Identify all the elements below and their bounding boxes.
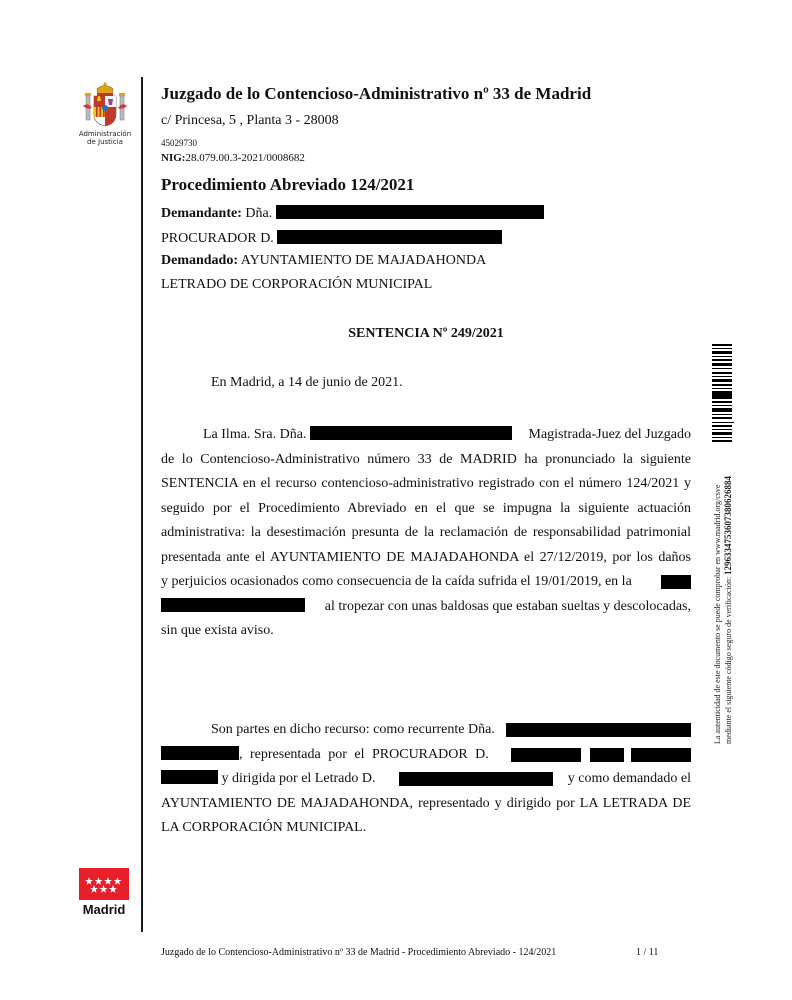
- page-number: 1 / 11: [636, 947, 658, 958]
- nig-value: 28.079.00.3-2021/0008682: [185, 152, 304, 164]
- redaction-plaintiff-name: [276, 205, 544, 219]
- page-footer: Juzgado de lo Contencioso-Administrativo…: [161, 947, 556, 958]
- administracion-de-justicia-logo: Administración de Justicia: [74, 80, 136, 152]
- paragraph-parties: Son partes en dicho recurso: como recurr…: [161, 718, 691, 841]
- plaintiff-line: Demandante: Dña.: [161, 205, 544, 222]
- verification-line1: La autenticidad de este documento se pue…: [712, 324, 723, 744]
- redaction-procurator2-part3: [631, 748, 691, 762]
- court-address: c/ Princesa, 5 , Planta 3 - 28008: [161, 113, 339, 129]
- redaction-procurator2-part4: [161, 770, 218, 784]
- para1-line: al tropezar con unas baldosas que estaba…: [161, 595, 691, 620]
- para2-line: LA CORPORACIÓN MUNICIPAL.: [161, 816, 691, 841]
- date-line: En Madrid, a 14 de junio de 2021.: [211, 375, 403, 391]
- para1-line: de lo Contencioso-Administrativo número …: [161, 448, 691, 473]
- madrid-logo-text: Madrid: [78, 902, 130, 918]
- para2-line: , representada por el PROCURADOR D.: [161, 743, 691, 768]
- defendant-counsel: LETRADO DE CORPORACIÓN MUNICIPAL: [161, 277, 432, 293]
- plaintiff-prefix: Dña.: [245, 206, 272, 221]
- sentence-title: SENTENCIA Nº 249/2021: [161, 326, 691, 342]
- logo-caption-line2: de Justicia: [74, 138, 136, 146]
- defendant-name: AYUNTAMIENTO DE MAJADAHONDA: [241, 253, 486, 268]
- para1-line: y perjuicios ocasionados como consecuenc…: [161, 570, 691, 595]
- redaction-location-part1: [661, 575, 691, 589]
- verification-code: 1296334753607380626884: [723, 476, 733, 575]
- procurator-label: PROCURADOR D.: [161, 231, 274, 246]
- redaction-procurator2-part2: [590, 748, 624, 762]
- para1-line: La Ilma. Sra. Dña. Magistrada-Juez del J…: [161, 423, 691, 448]
- nig-line: NIG:28.079.00.3-2021/0008682: [161, 152, 305, 164]
- redaction-procurator-name: [277, 230, 502, 244]
- para1-line: presentada ante el AYUNTAMIENTO DE MAJAD…: [161, 546, 691, 571]
- defendant-label: Demandado:: [161, 253, 238, 268]
- procedure-title: Procedimiento Abreviado 124/2021: [161, 175, 414, 195]
- para2-line: AYUNTAMIENTO DE MAJADAHONDA, representad…: [161, 792, 691, 817]
- comunidad-de-madrid-logo: Madrid: [78, 868, 130, 918]
- nig-label: NIG:: [161, 152, 185, 164]
- court-code: 45029730: [161, 138, 197, 148]
- logo-caption-line1: Administración: [74, 130, 136, 138]
- redaction-location-part2: [161, 598, 305, 612]
- procurator-line: PROCURADOR D.: [161, 230, 502, 247]
- redaction-lawyer-name: [399, 772, 553, 786]
- court-title: Juzgado de lo Contencioso-Administrativo…: [161, 84, 591, 104]
- verification-text: La autenticidad de este documento se pue…: [712, 324, 734, 744]
- madrid-flag-stars-icon: [79, 868, 129, 900]
- defendant-line: Demandado: AYUNTAMIENTO DE MAJADAHONDA: [161, 253, 486, 269]
- redaction-procurator2-part1: [511, 748, 581, 762]
- plaintiff-label: Demandante:: [161, 206, 242, 221]
- redaction-appellant-name-part1: [506, 723, 691, 737]
- paragraph-judge: La Ilma. Sra. Dña. Magistrada-Juez del J…: [161, 423, 691, 644]
- redaction-judge-name: [310, 426, 512, 440]
- para1-line: seguido por el Procedimiento Abreviado e…: [161, 497, 691, 522]
- margin-rule: [141, 77, 143, 932]
- spanish-coat-of-arms-icon: [80, 80, 130, 130]
- verification-line2: mediante el siguiente código seguro de v…: [723, 324, 734, 744]
- para2-line: Son partes en dicho recurso: como recurr…: [161, 718, 691, 743]
- para1-line: SENTENCIA en el recurso contencioso-admi…: [161, 472, 691, 497]
- redaction-appellant-name-part2: [161, 746, 239, 760]
- para1-line: sin que exista aviso.: [161, 619, 691, 644]
- para2-line: y dirigida por el Letrado D. y como dema…: [161, 767, 691, 792]
- para1-line: administrativa: la desestimación presunt…: [161, 521, 691, 546]
